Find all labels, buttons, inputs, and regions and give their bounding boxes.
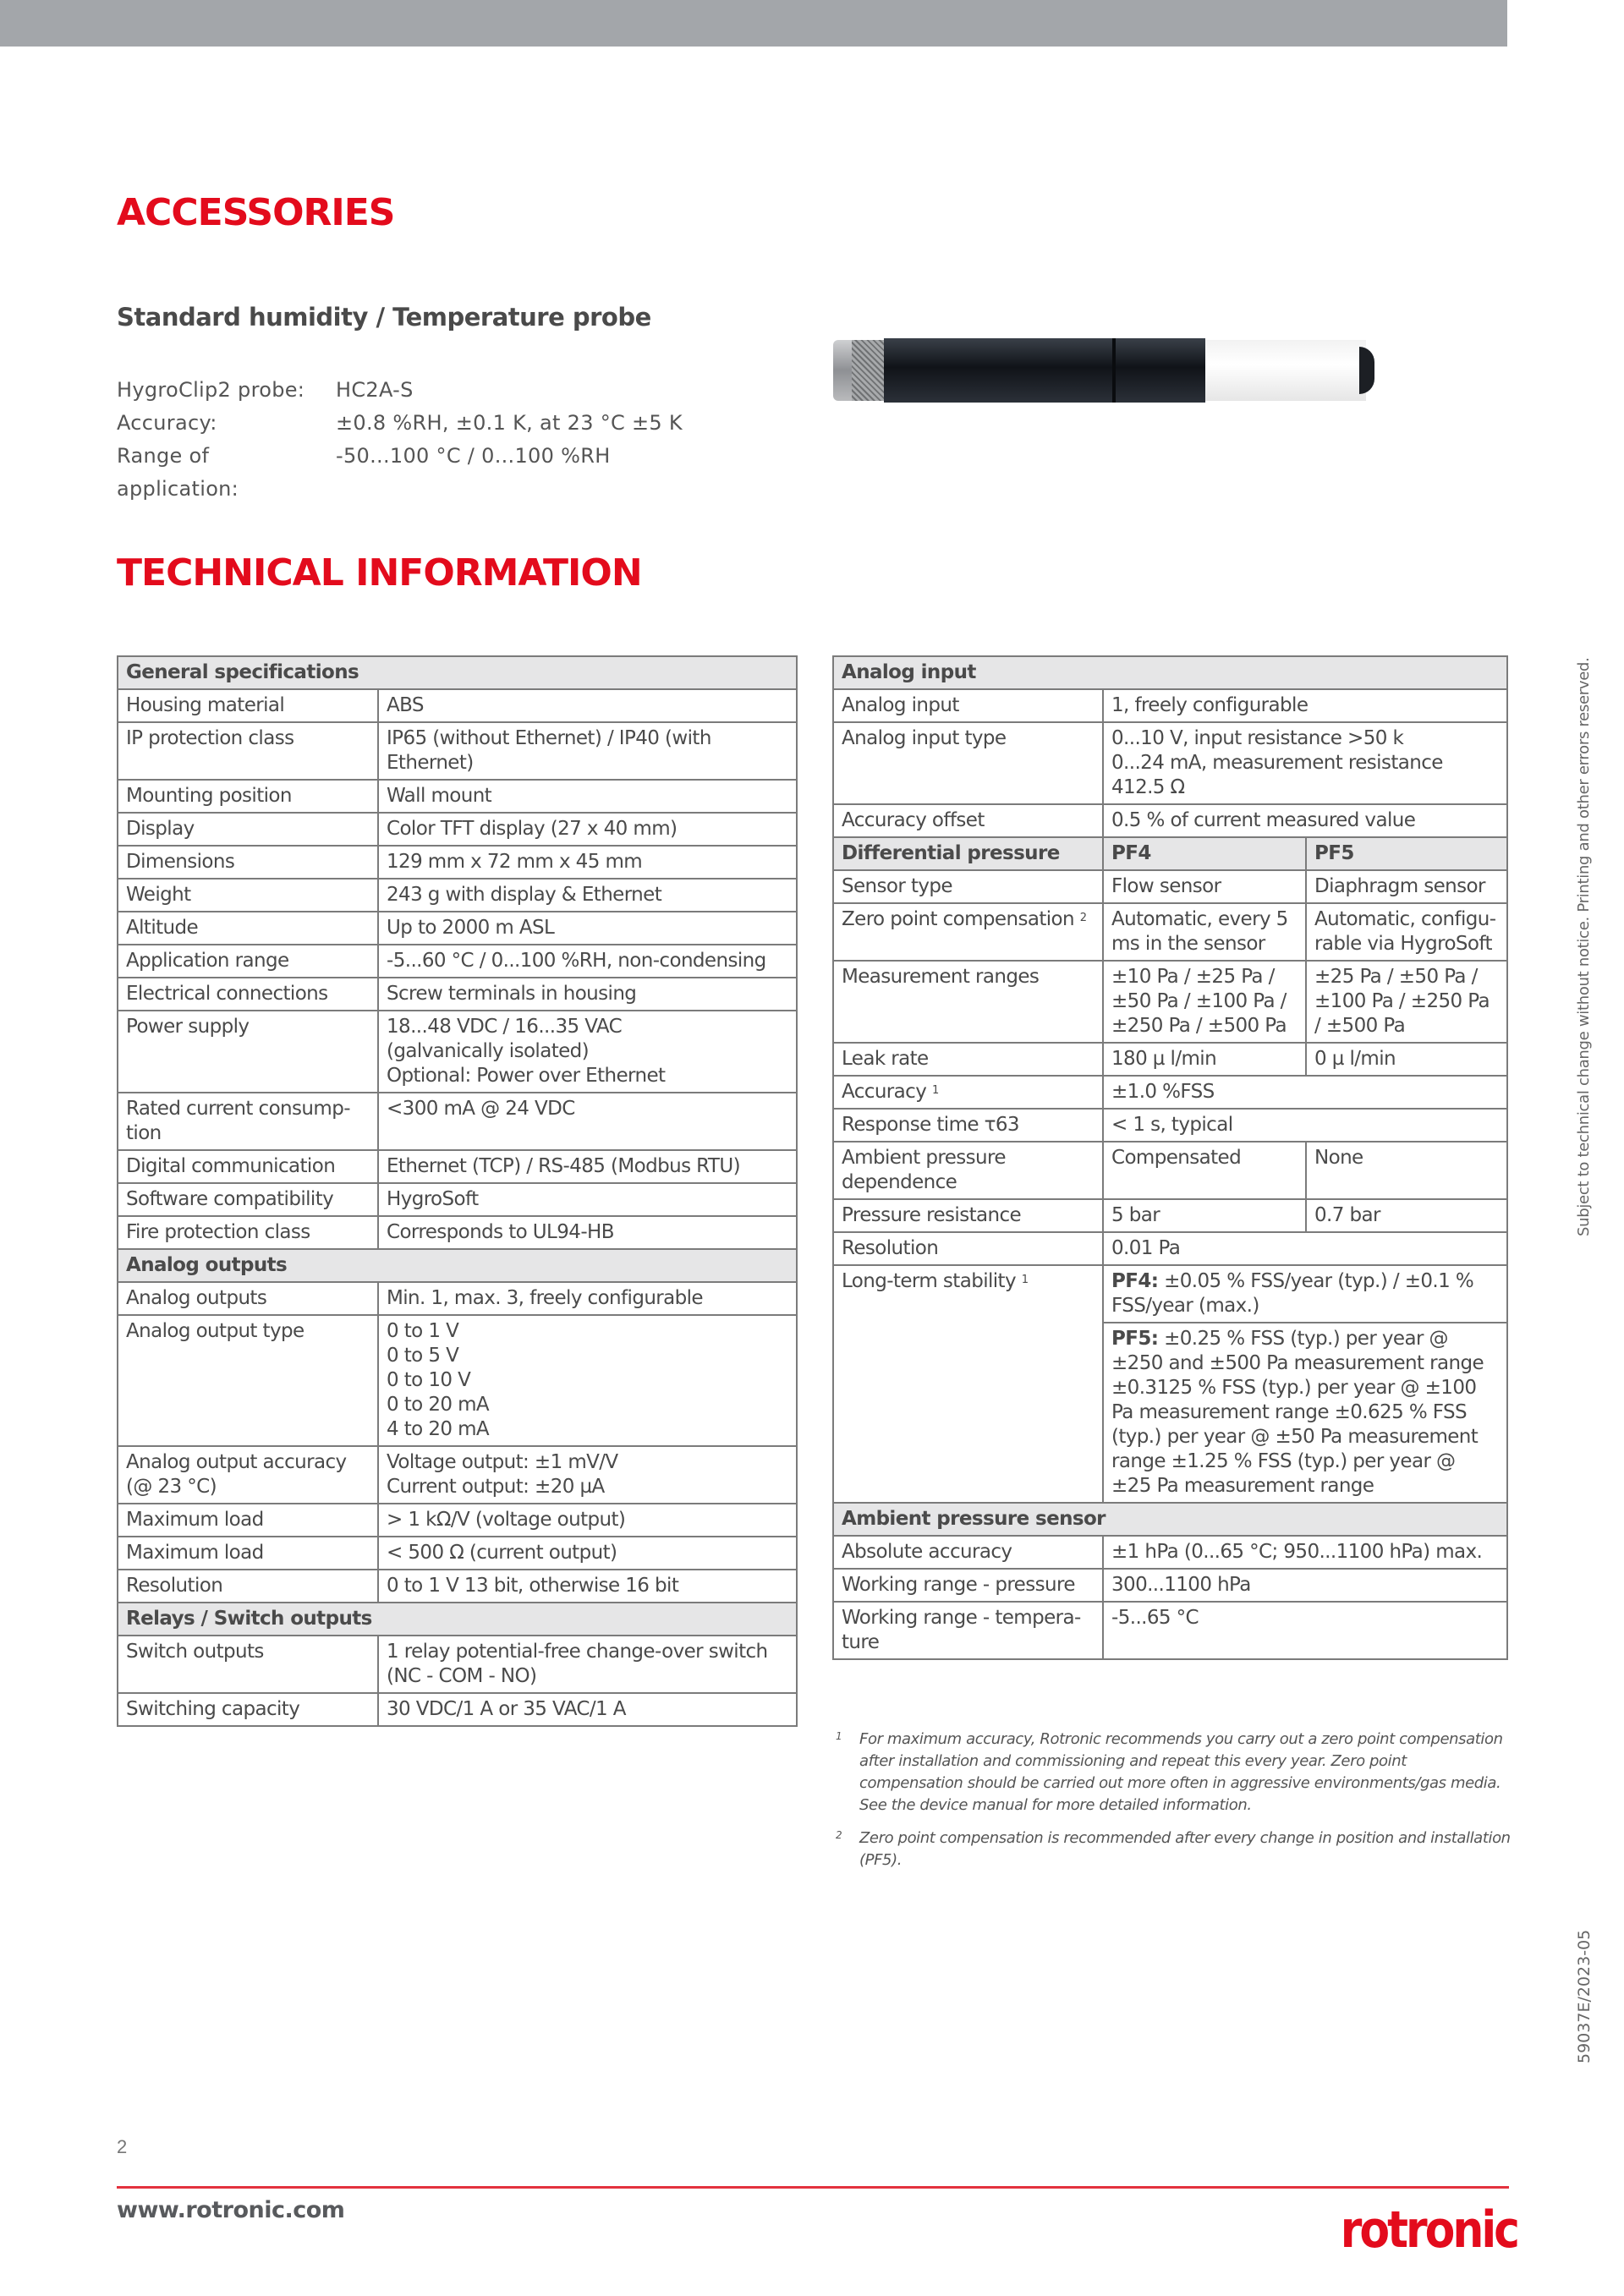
pf5-value: None xyxy=(1306,1142,1507,1199)
spec-label: Digital communication xyxy=(126,1155,335,1177)
section-header-row: Analog input xyxy=(833,656,1507,689)
spec-label-cell: Pressure resistance xyxy=(833,1199,1103,1232)
spec-value: 243 g with display & Ethernet xyxy=(387,883,788,907)
spec-row: Maximum load> 1 kΩ/V (voltage output) xyxy=(118,1504,797,1537)
spec-value: 0...24 mA, measurement resistance 412.5 … xyxy=(1111,751,1499,800)
spec-value-cell: Ethernet (TCP) / RS-485 (Modbus RTU) xyxy=(378,1150,797,1183)
spec-row: Rated current consump-tion<300 mA @ 24 V… xyxy=(118,1093,797,1150)
pf5-value: Diaphragm sensor xyxy=(1306,870,1507,903)
spec-label: Maximum load xyxy=(126,1542,264,1564)
spec-row: Working range - pressure300...1100 hPa xyxy=(833,1569,1507,1602)
technical-information-heading: TECHNICAL INFORMATION xyxy=(117,551,642,595)
spec-value-cell: <300 mA @ 24 VDC xyxy=(378,1093,797,1150)
spec-value-cell: > 1 kΩ/V (voltage output) xyxy=(378,1504,797,1537)
stability-pf4-text: ±0.05 % FSS/year (typ.) / ±0.1 % FSS/yea… xyxy=(1111,1270,1473,1317)
spec-label-cell: Accuracy 1 xyxy=(833,1076,1103,1109)
spec-value: Screw terminals in housing xyxy=(387,982,788,1006)
pf4-value: 180 µ l/min xyxy=(1103,1043,1306,1076)
spec-label: Switch outputs xyxy=(126,1641,264,1663)
spec-label: Sensor type xyxy=(842,875,952,897)
probe-specs: HygroClip2 probe: HC2A-S Accuracy: ±0.8 … xyxy=(117,374,683,506)
spec-label: Accuracy offset xyxy=(842,809,985,831)
spec-label: IP protection class xyxy=(126,727,294,749)
spec-label-cell: Weight xyxy=(118,879,378,912)
footer-divider xyxy=(117,2186,1509,2189)
pf5-value: Automatic, configu-rable via HygroSoft xyxy=(1306,903,1507,961)
spec-label-cell: Dimensions xyxy=(118,846,378,879)
spec-value: IP65 (without Ethernet) / IP40 (with Eth… xyxy=(387,726,788,775)
spec-row: Analog input type0...10 V, input resista… xyxy=(833,722,1507,804)
probe-spec-label: Accuracy: xyxy=(117,407,336,440)
spec-label-cell: Accuracy offset xyxy=(833,804,1103,837)
stability-pf5-text: ±0.25 % FSS (typ.) per year @ ±250 and ±… xyxy=(1111,1328,1484,1497)
spec-row: Maximum load< 500 Ω (current output) xyxy=(118,1537,797,1570)
document-code: 59037E/2023-05 xyxy=(1575,1930,1594,2063)
spec-label-cell: Measurement ranges xyxy=(833,961,1103,1043)
stability-pf4: PF4: ±0.05 % FSS/year (typ.) / ±0.1 % FS… xyxy=(1103,1265,1507,1323)
footnote-number: 1 xyxy=(836,1725,842,1747)
probe-image xyxy=(833,338,1374,403)
spec-label-cell: Maximum load xyxy=(118,1504,378,1537)
spec-label: Analog input xyxy=(842,694,959,716)
footnote-2: 2 Zero point compensation is recommended… xyxy=(836,1827,1512,1871)
section-header-row: Ambient pressure sensor xyxy=(833,1503,1507,1536)
spec-label-cell: Resolution xyxy=(118,1570,378,1603)
spec-label: Resolution xyxy=(126,1575,222,1597)
website-link[interactable]: www.rotronic.com xyxy=(117,2197,344,2223)
stability-pf4-prefix: PF4: xyxy=(1111,1270,1158,1292)
spec-row: Analog output type0 to 1 V0 to 5 V0 to 1… xyxy=(118,1315,797,1446)
spec-value: 1, freely configurable xyxy=(1111,693,1499,718)
spec-row: DisplayColor TFT display (27 x 40 mm) xyxy=(118,813,797,846)
spec-label-cell: Maximum load xyxy=(118,1537,378,1570)
spec-label-cell: Altitude xyxy=(118,912,378,945)
spec-value-cell: 129 mm x 72 mm x 45 mm xyxy=(378,846,797,879)
spec-value: 0 to 1 V 13 bit, otherwise 16 bit xyxy=(387,1574,788,1598)
spec-value-cell: Screw terminals in housing xyxy=(378,978,797,1011)
section-header-row: General specifications xyxy=(118,656,797,689)
probe-ring xyxy=(1112,338,1116,403)
spec-value: 30 VDC/1 A or 35 VAC/1 A xyxy=(387,1697,788,1722)
spec-label-cell: Leak rate xyxy=(833,1043,1103,1076)
spec-row: Analog input1, freely configurable xyxy=(833,689,1507,722)
spec-value: ±1.0 %FSS xyxy=(1103,1076,1507,1109)
spec-row: Analog outputsMin. 1, max. 3, freely con… xyxy=(118,1282,797,1315)
spec-value: 0...10 V, input resistance >50 k xyxy=(1111,726,1499,751)
spec-label-cell: Analog input xyxy=(833,689,1103,722)
spec-label: Dimensions xyxy=(126,851,234,873)
spec-value: Color TFT display (27 x 40 mm) xyxy=(387,817,788,841)
spec-label-cell: Rated current consump-tion xyxy=(118,1093,378,1150)
spec-label-cell: Ambient pressure dependence xyxy=(833,1142,1103,1199)
section-header-row: Differential pressurePF4PF5 xyxy=(833,837,1507,870)
section-header: Analog input xyxy=(833,656,1507,689)
spec-value-cell: 0...10 V, input resistance >50 k0...24 m… xyxy=(1103,722,1507,804)
spec-value-cell: -5...60 °C / 0...100 %RH, non-condensing xyxy=(378,945,797,978)
spec-label: Switching capacity xyxy=(126,1698,299,1720)
spec-value: 0 to 1 V xyxy=(387,1319,788,1344)
spec-value: 0.01 Pa xyxy=(1103,1232,1507,1265)
spec-value-cell: IP65 (without Ethernet) / IP40 (with Eth… xyxy=(378,722,797,780)
pf4-value: Compensated xyxy=(1103,1142,1306,1199)
spec-row: Fire protection classCorresponds to UL94… xyxy=(118,1216,797,1249)
spec-label-cell: Power supply xyxy=(118,1011,378,1093)
spec-label-cell: Display xyxy=(118,813,378,846)
probe-spec-label: Range of application: xyxy=(117,440,336,506)
spec-value: -5...60 °C / 0...100 %RH, non-condensing xyxy=(387,949,788,973)
footnote-number: 2 xyxy=(836,1824,842,1846)
spec-row: Ambient pressure dependenceCompensatedNo… xyxy=(833,1142,1507,1199)
spec-label-cell: Electrical connections xyxy=(118,978,378,1011)
probe-filter xyxy=(1205,340,1366,401)
footnote-text: Zero point compensation is recommended a… xyxy=(859,1827,1512,1871)
stability-pf5-prefix: PF5: xyxy=(1111,1328,1158,1350)
spec-value-cell: Corresponds to UL94-HB xyxy=(378,1216,797,1249)
spec-value: Up to 2000 m ASL xyxy=(387,916,788,940)
spec-row: Resolution0 to 1 V 13 bit, otherwise 16 … xyxy=(118,1570,797,1603)
spec-value-cell: Color TFT display (27 x 40 mm) xyxy=(378,813,797,846)
spec-row: Switching capacity30 VDC/1 A or 35 VAC/1… xyxy=(118,1693,797,1726)
rotronic-logo: rotronic xyxy=(1341,2201,1517,2260)
disclaimer-side-note: Subject to technical change without noti… xyxy=(1575,657,1593,1236)
spec-row: Analog output accuracy (@ 23 °C)Voltage … xyxy=(118,1446,797,1504)
spec-label-cell: Analog output accuracy (@ 23 °C) xyxy=(118,1446,378,1504)
spec-value: Corresponds to UL94-HB xyxy=(387,1220,788,1245)
probe-body xyxy=(884,338,1205,403)
probe-cap xyxy=(1359,347,1374,394)
spec-value-cell: 0 to 1 V 13 bit, otherwise 16 bit xyxy=(378,1570,797,1603)
top-bar xyxy=(0,0,1507,47)
spec-label: Analog input type xyxy=(842,727,1006,749)
spec-label: Fire protection class xyxy=(126,1221,310,1243)
spec-value-cell: Wall mount xyxy=(378,780,797,813)
pf4-value: Automatic, every 5 ms in the sensor xyxy=(1103,903,1306,961)
spec-label-cell: Working range - pressure xyxy=(833,1569,1103,1602)
spec-label: Analog outputs xyxy=(126,1287,266,1309)
column-header: PF4 xyxy=(1103,837,1306,870)
probe-title: Standard humidity / Temperature probe xyxy=(117,303,651,332)
spec-label: Response time τ63 xyxy=(842,1114,1019,1136)
probe-knurled-nut xyxy=(852,340,884,401)
spec-row: Pressure resistance5 bar0.7 bar xyxy=(833,1199,1507,1232)
spec-label-cell: Housing material xyxy=(118,689,378,722)
spec-row: Software compatibilityHygroSoft xyxy=(118,1183,797,1216)
spec-row: IP protection classIP65 (without Etherne… xyxy=(118,722,797,780)
spec-row: Working range - tempera-ture-5...65 °C xyxy=(833,1602,1507,1659)
spec-value-cell: Up to 2000 m ASL xyxy=(378,912,797,945)
spec-row: Accuracy 1±1.0 %FSS xyxy=(833,1076,1507,1109)
stability-pf5: PF5: ±0.25 % FSS (typ.) per year @ ±250 … xyxy=(1103,1323,1507,1503)
spec-label: Analog output accuracy (@ 23 °C) xyxy=(126,1451,347,1498)
spec-label-cell: IP protection class xyxy=(118,722,378,780)
spec-label-cell: Response time τ63 xyxy=(833,1109,1103,1142)
spec-label-cell: Switching capacity xyxy=(118,1693,378,1726)
spec-row: Mounting positionWall mount xyxy=(118,780,797,813)
spec-value-cell: 243 g with display & Ethernet xyxy=(378,879,797,912)
spec-label-cell: Working range - tempera-ture xyxy=(833,1602,1103,1659)
spec-value: ABS xyxy=(387,693,788,718)
spec-label: Accuracy xyxy=(842,1081,926,1103)
spec-label-cell: Digital communication xyxy=(118,1150,378,1183)
section-header: General specifications xyxy=(118,656,797,689)
spec-label: Mounting position xyxy=(126,785,292,807)
spec-value: 300...1100 hPa xyxy=(1111,1573,1499,1597)
spec-label: Altitude xyxy=(126,917,198,939)
spec-value: 4 to 20 mA xyxy=(387,1417,788,1442)
footnote-ref: 1 xyxy=(932,1084,939,1097)
spec-row: AltitudeUp to 2000 m ASL xyxy=(118,912,797,945)
spec-label: Zero point compensation xyxy=(842,908,1074,930)
spec-label: Weight xyxy=(126,884,191,906)
probe-spec-row: HygroClip2 probe: HC2A-S xyxy=(117,374,683,407)
spec-label: Display xyxy=(126,818,195,840)
spec-value-cell: 30 VDC/1 A or 35 VAC/1 A xyxy=(378,1693,797,1726)
pf4-value: ±10 Pa / ±25 Pa / ±50 Pa / ±100 Pa / ±25… xyxy=(1103,961,1306,1043)
probe-spec-label: HygroClip2 probe: xyxy=(117,374,336,407)
spec-value: < 500 Ω (current output) xyxy=(387,1541,788,1565)
probe-spec-value: ±0.8 %RH, ±0.1 K, at 23 °C ±5 K xyxy=(336,407,683,440)
page-number: 2 xyxy=(117,2136,127,2158)
spec-value: > 1 kΩ/V (voltage output) xyxy=(387,1508,788,1532)
pf4-value: 5 bar xyxy=(1103,1199,1306,1232)
spec-value: Min. 1, max. 3, freely configurable xyxy=(387,1286,788,1311)
spec-label-cell: Analog input type xyxy=(833,722,1103,804)
section-header-row: Relays / Switch outputs xyxy=(118,1603,797,1636)
spec-row: Dimensions129 mm x 72 mm x 45 mm xyxy=(118,846,797,879)
spec-label: Maximum load xyxy=(126,1509,264,1531)
spec-value: Wall mount xyxy=(387,784,788,808)
spec-value: 0 to 10 V xyxy=(387,1368,788,1393)
spec-row: Application range-5...60 °C / 0...100 %R… xyxy=(118,945,797,978)
spec-row: Long-term stability 1PF4: ±0.05 % FSS/ye… xyxy=(833,1265,1507,1323)
spec-value-cell: Min. 1, max. 3, freely configurable xyxy=(378,1282,797,1315)
spec-value: Optional: Power over Ethernet xyxy=(387,1064,788,1088)
pf5-value: 0.7 bar xyxy=(1306,1199,1507,1232)
spec-value-cell: 18...48 VDC / 16...35 VAC(galvanically i… xyxy=(378,1011,797,1093)
column-header: PF5 xyxy=(1306,837,1507,870)
spec-row: Power supply18...48 VDC / 16...35 VAC(ga… xyxy=(118,1011,797,1093)
spec-label: Absolute accuracy xyxy=(842,1541,1012,1563)
spec-row: Electrical connectionsScrew terminals in… xyxy=(118,978,797,1011)
spec-value: 0.5 % of current measured value xyxy=(1111,808,1499,833)
footnote-text: For maximum accuracy, Rotronic recommend… xyxy=(859,1729,1512,1817)
spec-value: -5...65 °C xyxy=(1111,1606,1499,1630)
spec-label: Measurement ranges xyxy=(842,966,1039,988)
spec-label-cell: Long-term stability 1 xyxy=(833,1265,1103,1503)
spec-label: Ambient pressure dependence xyxy=(842,1147,1006,1193)
probe-spec-value: -50...100 °C / 0...100 %RH xyxy=(336,440,611,506)
spec-label-cell: Switch outputs xyxy=(118,1636,378,1693)
spec-label: Working range - tempera-ture xyxy=(842,1607,1081,1653)
spec-label: Electrical connections xyxy=(126,983,328,1005)
spec-label: Long-term stability xyxy=(842,1270,1016,1292)
spec-value: 0 to 5 V xyxy=(387,1344,788,1368)
spec-label-cell: Zero point compensation 2 xyxy=(833,903,1103,961)
spec-label: Working range - pressure xyxy=(842,1574,1075,1596)
spec-row: Switch outputs1 relay potential-free cha… xyxy=(118,1636,797,1693)
spec-row: Response time τ63< 1 s, typical xyxy=(833,1109,1507,1142)
left-spec-table: General specificationsHousing materialAB… xyxy=(117,655,798,1727)
spec-label: Application range xyxy=(126,950,289,972)
spec-label: Housing material xyxy=(126,694,284,716)
spec-row: Resolution0.01 Pa xyxy=(833,1232,1507,1265)
section-header-row: Analog outputs xyxy=(118,1249,797,1282)
spec-row: Accuracy offset0.5 % of current measured… xyxy=(833,804,1507,837)
accessories-heading: ACCESSORIES xyxy=(117,191,395,234)
probe-spec-row: Range of application: -50...100 °C / 0..… xyxy=(117,440,683,506)
spec-value-cell: ±1 hPa (0...65 °C; 950...1100 hPa) max. xyxy=(1103,1536,1507,1569)
spec-value-cell: 0 to 1 V0 to 5 V0 to 10 V0 to 20 mA4 to … xyxy=(378,1315,797,1446)
spec-label: Pressure resistance xyxy=(842,1204,1021,1226)
spec-value: 0 to 20 mA xyxy=(387,1393,788,1417)
section-header: Ambient pressure sensor xyxy=(833,1503,1507,1536)
section-header: Relays / Switch outputs xyxy=(118,1603,797,1636)
spec-value-cell: ABS xyxy=(378,689,797,722)
spec-value: Voltage output: ±1 mV/V xyxy=(387,1450,788,1475)
right-spec-table: Analog inputAnalog input1, freely config… xyxy=(832,655,1508,1660)
footnote-1: 1 For maximum accuracy, Rotronic recomme… xyxy=(836,1729,1512,1817)
pf5-value: 0 µ l/min xyxy=(1306,1043,1507,1076)
spec-value-cell: 1, freely configurable xyxy=(1103,689,1507,722)
spec-value-cell: -5...65 °C xyxy=(1103,1602,1507,1659)
spec-label-cell: Application range xyxy=(118,945,378,978)
spec-label-cell: Fire protection class xyxy=(118,1216,378,1249)
spec-value: 1 relay potential-free change-over switc… xyxy=(387,1640,788,1689)
spec-row: Leak rate180 µ l/min0 µ l/min xyxy=(833,1043,1507,1076)
spec-row: Measurement ranges±10 Pa / ±25 Pa / ±50 … xyxy=(833,961,1507,1043)
spec-value-cell: 0.5 % of current measured value xyxy=(1103,804,1507,837)
spec-value: HygroSoft xyxy=(387,1187,788,1212)
spec-value-cell: < 500 Ω (current output) xyxy=(378,1537,797,1570)
spec-label-cell: Mounting position xyxy=(118,780,378,813)
spec-row: Sensor typeFlow sensorDiaphragm sensor xyxy=(833,870,1507,903)
spec-label: Software compatibility xyxy=(126,1188,333,1210)
section-header: Differential pressure xyxy=(833,837,1103,870)
spec-value-cell: 1 relay potential-free change-over switc… xyxy=(378,1636,797,1693)
spec-value: (galvanically isolated) xyxy=(387,1039,788,1064)
spec-label-cell: Software compatibility xyxy=(118,1183,378,1216)
spec-value-cell: Voltage output: ±1 mV/VCurrent output: ±… xyxy=(378,1446,797,1504)
spec-row: Absolute accuracy±1 hPa (0...65 °C; 950.… xyxy=(833,1536,1507,1569)
spec-value: <300 mA @ 24 VDC xyxy=(387,1097,788,1121)
footnote-ref: 2 xyxy=(1080,912,1087,924)
spec-value: Ethernet (TCP) / RS-485 (Modbus RTU) xyxy=(387,1154,788,1179)
spec-label-cell: Absolute accuracy xyxy=(833,1536,1103,1569)
spec-value-cell: 300...1100 hPa xyxy=(1103,1569,1507,1602)
section-header: Analog outputs xyxy=(118,1249,797,1282)
spec-label-cell: Analog outputs xyxy=(118,1282,378,1315)
spec-row: Digital communicationEthernet (TCP) / RS… xyxy=(118,1150,797,1183)
spec-label-cell: Analog output type xyxy=(118,1315,378,1446)
probe-spec-value: HC2A-S xyxy=(336,374,414,407)
spec-row: Weight243 g with display & Ethernet xyxy=(118,879,797,912)
spec-value: Current output: ±20 µA xyxy=(387,1475,788,1499)
spec-value: 129 mm x 72 mm x 45 mm xyxy=(387,850,788,874)
spec-label-cell: Resolution xyxy=(833,1232,1103,1265)
spec-value: 18...48 VDC / 16...35 VAC xyxy=(387,1015,788,1039)
spec-label: Power supply xyxy=(126,1016,249,1038)
spec-value-cell: HygroSoft xyxy=(378,1183,797,1216)
probe-spec-row: Accuracy: ±0.8 %RH, ±0.1 K, at 23 °C ±5 … xyxy=(117,407,683,440)
pf5-value: ±25 Pa / ±50 Pa / ±100 Pa / ±250 Pa / ±5… xyxy=(1306,961,1507,1043)
pf4-value: Flow sensor xyxy=(1103,870,1306,903)
spec-label: Leak rate xyxy=(842,1048,929,1070)
spec-value: ±1 hPa (0...65 °C; 950...1100 hPa) max. xyxy=(1111,1540,1499,1564)
spec-label: Analog output type xyxy=(126,1320,304,1342)
spec-label: Resolution xyxy=(842,1237,938,1259)
spec-row: Housing materialABS xyxy=(118,689,797,722)
spec-label: Rated current consump-tion xyxy=(126,1098,350,1144)
spec-value: < 1 s, typical xyxy=(1103,1109,1507,1142)
spec-row: Zero point compensation 2Automatic, ever… xyxy=(833,903,1507,961)
footnote-ref: 1 xyxy=(1022,1274,1029,1286)
spec-label-cell: Sensor type xyxy=(833,870,1103,903)
